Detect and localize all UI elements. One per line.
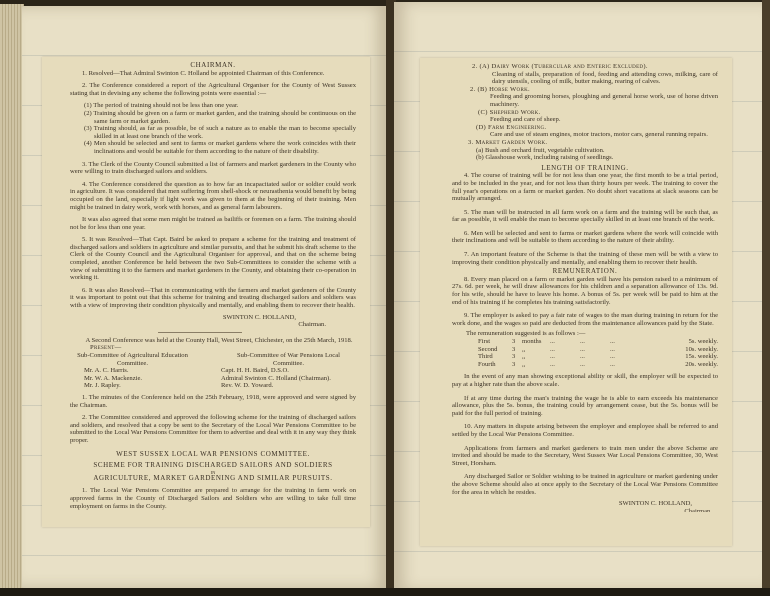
shepherd-work-heading: (C) Shepherd Work. — [452, 109, 718, 117]
remuneration-cell-amount: 5s. weekly. — [636, 338, 718, 346]
remuneration-cell-amount: 20s. weekly. — [636, 361, 718, 369]
point-3: (3) Training should, as far as possible,… — [82, 125, 356, 140]
clause-8: 8. Every man placed on a farm or market … — [452, 276, 718, 306]
resolution-3: 3. The Clerk of the County Council submi… — [70, 161, 356, 176]
market-garden-item: (b) Glasshouse work, including raising o… — [452, 154, 718, 162]
market-garden-item: (a) Bush and orchard fruit, vegetable cu… — [452, 147, 718, 155]
horse-work-body: Feeding and grooming horses, ploughing a… — [452, 93, 718, 108]
clause-7: 7. An important feature of the Scheme is… — [452, 251, 718, 266]
remuneration-cell-d2: ... — [580, 346, 610, 354]
remuneration-heading: REMUNERATION. — [452, 268, 718, 276]
attendees: Sub-Committee of Agricultural Education … — [70, 352, 356, 390]
point-2: (2) Training should be given on a farm o… — [82, 110, 356, 125]
clause-4: 4. The course of training will be for no… — [452, 172, 718, 202]
member: Mr. W. A. Mackenzie. — [70, 375, 195, 383]
divider-rule — [158, 332, 242, 333]
exceptional-ability: In the event of any man showing exceptio… — [452, 373, 718, 388]
remuneration-cell-period: First — [478, 338, 512, 346]
length-of-training-heading: LENGTH OF TRAINING. — [452, 165, 718, 173]
resolution-6: 6. It was also Resolved—That in communic… — [70, 287, 356, 310]
remuneration-cell-amount: 10s. weekly. — [636, 346, 718, 354]
bottom-shadow — [0, 588, 770, 596]
dairy-work-body: Cleaning of stalls, preparation of food,… — [452, 71, 718, 86]
point-4: (4) Men should be selected and sent to f… — [82, 140, 356, 155]
applications-notice: Applications from farmers and market gar… — [452, 445, 718, 468]
remuneration-intro: The remuneration suggested is as follows… — [452, 330, 718, 338]
remuneration-cell-n: 3 — [512, 361, 522, 369]
present-label: Present— — [70, 344, 356, 352]
remuneration-cell-n: 3 — [512, 346, 522, 354]
dairy-work-heading: 2. (A) Dairy Work (Tubercular and Enteri… — [452, 63, 718, 71]
remuneration-cell-unit: ,, — [522, 353, 550, 361]
committee-right-title: Sub-Committee of War Pensions Local Comm… — [221, 352, 356, 367]
minute-1: 1. The minutes of the Conference held on… — [70, 394, 356, 409]
signature-name: SWINTON C. HOLLAND, — [70, 314, 356, 322]
attendees-war-pensions: Sub-Committee of War Pensions Local Comm… — [221, 352, 356, 390]
farm-engineering-body: Care and use of steam engines, motor tra… — [452, 131, 718, 139]
clause-10: 10. Any matters in dispute arising betwe… — [452, 423, 718, 438]
scheme-title-3: AGRICULTURE, MARKET GARDENING AND SIMILA… — [70, 475, 356, 483]
discharged-soldier-notice: Any discharged Sailor or Soldier wishing… — [452, 473, 718, 496]
scheme-title-2: SCHEME FOR TRAINING DISCHARGED SAILORS A… — [70, 462, 356, 470]
member: Capt. H. H. Baird, D.S.O. — [221, 367, 356, 375]
remuneration-cell-d1: ... — [550, 338, 580, 346]
remuneration-cell-d3: ... — [610, 361, 636, 369]
member: Rev. W. D. Yoward. — [221, 382, 356, 390]
remuneration-row: Fourth3,,.........20s. weekly. — [478, 361, 718, 369]
remuneration-cell-d1: ... — [550, 353, 580, 361]
scheme-clause-1: 1. The Local War Pensions Committee are … — [70, 487, 356, 510]
right-column: 2. (A) Dairy Work (Tubercular and Enteri… — [452, 63, 718, 512]
remuneration-row: First3months.........5s. weekly. — [478, 338, 718, 346]
remuneration-cell-d3: ... — [610, 346, 636, 354]
resolution-5: 5. It was Resolved—That Capt. Baird be a… — [70, 236, 356, 282]
member: Mr. J. Rapley. — [70, 382, 195, 390]
remuneration-cell-n: 3 — [512, 353, 522, 361]
scheme-title-1: WEST SUSSEX LOCAL WAR PENSIONS COMMITTEE… — [70, 451, 356, 459]
signature-title: Chairman. — [70, 321, 356, 329]
remuneration-cell-d1: ... — [550, 346, 580, 354]
second-conference: A Second Conference was held at the Coun… — [70, 337, 356, 345]
signature-title: Chairman. — [452, 508, 718, 512]
remuneration-cell-d3: ... — [610, 338, 636, 346]
market-garden-heading: 3. Market Garden Work. — [452, 139, 718, 147]
book-cover-edge — [762, 0, 770, 596]
remuneration-table: First3months.........5s. weekly.Second3,… — [452, 338, 718, 368]
remuneration-cell-period: Fourth — [478, 361, 512, 369]
remuneration-cell-unit: ,, — [522, 346, 550, 354]
clause-9: 9. The employer is asked to pay a fair r… — [452, 312, 718, 327]
resolution-1: 1. Resolved—That Admiral Swinton C. Holl… — [70, 70, 356, 78]
clause-5: 5. The man will be instructed in all far… — [452, 209, 718, 224]
remuneration-cell-d2: ... — [580, 353, 610, 361]
remuneration-cell-d2: ... — [580, 338, 610, 346]
resolution-4: 4. The Conference considered the questio… — [70, 181, 356, 211]
remuneration-cell-period: Third — [478, 353, 512, 361]
member: Mr. A. C. Harris. — [70, 367, 195, 375]
wage-exceeds-clause: If at any time during the man's training… — [452, 395, 718, 418]
remuneration-row: Third3,,.........15s. weekly. — [478, 353, 718, 361]
remuneration-cell-amount: 15s. weekly. — [636, 353, 718, 361]
farm-engineering-heading: (D) Farm Engineering. — [452, 124, 718, 132]
signature-name: SWINTON C. HOLLAND, — [452, 500, 718, 508]
point-1: (1) The period of training should not be… — [82, 102, 356, 110]
remuneration-row: Second3,,.........10s. weekly. — [478, 346, 718, 354]
member: Admiral Swinton C. Holland (Chairman). — [221, 375, 356, 383]
resolution-2: 2. The Conference considered a report of… — [70, 82, 356, 97]
shepherd-work-body: Feeding and care of sheep. — [452, 116, 718, 124]
remuneration-cell-period: Second — [478, 346, 512, 354]
remuneration-cell-d1: ... — [550, 361, 580, 369]
remuneration-cell-unit: ,, — [522, 361, 550, 369]
heading-chairman: CHAIRMAN. — [70, 62, 356, 70]
minute-2: 2. The Committee considered and approved… — [70, 414, 356, 444]
remuneration-cell-d3: ... — [610, 353, 636, 361]
remuneration-cell-unit: months — [522, 338, 550, 346]
essential-points: (1) The period of training should not be… — [70, 102, 356, 155]
resolution-4b: It was also agreed that some men might b… — [70, 216, 356, 231]
committee-left-title: Sub-Committee of Agricultural Education … — [70, 352, 195, 367]
left-column: CHAIRMAN. 1. Resolved—That Admiral Swint… — [70, 62, 356, 510]
horse-work-heading: 2. (B) Horse Work. — [452, 86, 718, 94]
page-edges — [0, 4, 24, 594]
remuneration-cell-d2: ... — [580, 361, 610, 369]
attendees-agricultural: Sub-Committee of Agricultural Education … — [70, 352, 195, 390]
open-book: CHAIRMAN. 1. Resolved—That Admiral Swint… — [0, 0, 770, 596]
clause-6: 6. Men will be selected and sent to farm… — [452, 230, 718, 245]
remuneration-cell-n: 3 — [512, 338, 522, 346]
